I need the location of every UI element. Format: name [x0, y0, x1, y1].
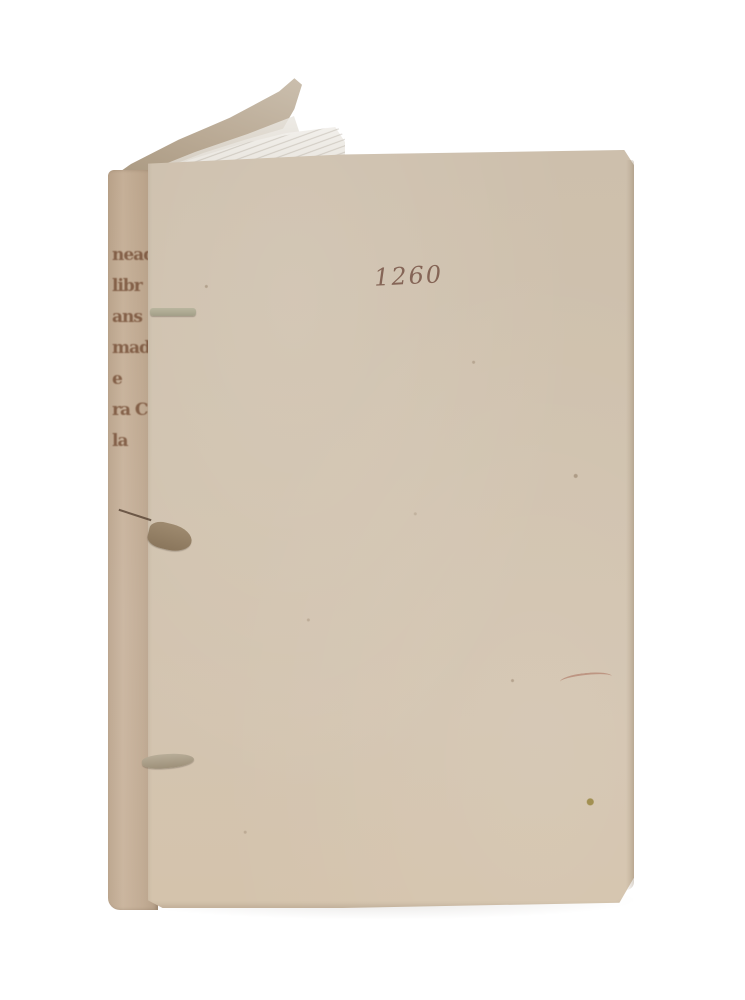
cover-right-edge	[626, 160, 634, 890]
photo-scene: nead libr ans madi e ra C la 1260	[0, 0, 745, 1000]
handwritten-number: 1260	[373, 260, 443, 292]
binding-tie-top	[150, 308, 196, 316]
